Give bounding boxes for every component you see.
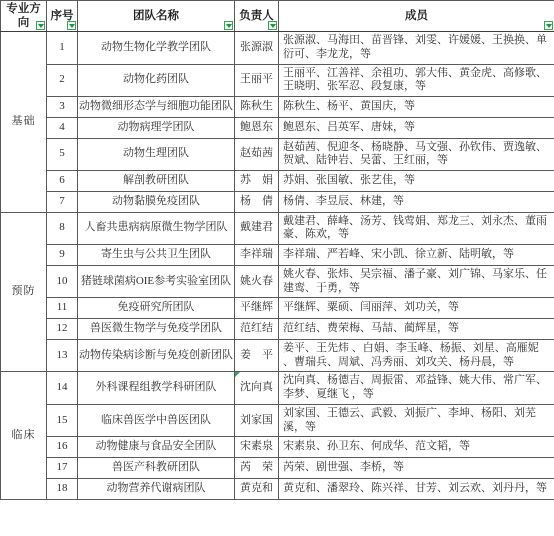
- members-cell[interactable]: 刘家国、王德云、武毅、刘振广、李坤、杨阳、刘芜溪，等: [279, 404, 554, 437]
- filter-dropdown-icon[interactable]: [224, 21, 233, 30]
- members-cell[interactable]: 陈秋生、杨平、黄国庆，等: [279, 97, 554, 118]
- header-cell-team[interactable]: 团队名称: [78, 1, 235, 32]
- row-number-cell[interactable]: 2: [47, 64, 78, 97]
- members-cell[interactable]: 张源淑、马海田、苗晋锋、刘雯、许媛媛、王换换、单衍可、李龙龙，等: [279, 32, 554, 65]
- row-number-cell[interactable]: 8: [47, 212, 78, 245]
- leader-cell[interactable]: 刘家国: [235, 404, 279, 437]
- team-name-cell[interactable]: 动物黏膜免疫团队: [78, 191, 235, 212]
- leader-cell[interactable]: 李祥瑞: [235, 245, 279, 266]
- group-cell[interactable]: 临床: [1, 372, 47, 499]
- row-number-cell[interactable]: 10: [47, 265, 78, 298]
- table-row: 16 动物健康与食品安全团队 宋素泉 宋素泉、孙卫东、何成华、范文韬，等: [1, 437, 554, 458]
- team-name-cell[interactable]: 动物病理学团队: [78, 117, 235, 138]
- filter-dropdown-icon[interactable]: [544, 21, 553, 30]
- group-cell[interactable]: 预防: [1, 212, 47, 372]
- row-number-cell[interactable]: 14: [47, 372, 78, 405]
- table-row: 5 动物生理团队 赵茹茜 赵茹茜、倪迎冬、杨晓静、马文强、孙钦伟、贾逸敏、贺斌、…: [1, 138, 554, 171]
- team-name-cell[interactable]: 猪链球菌病OIE参考实验室团队: [78, 265, 235, 298]
- row-number-cell[interactable]: 4: [47, 117, 78, 138]
- table-row: 7 动物黏膜免疫团队 杨 倩 杨倩、李昱辰、林建，等: [1, 191, 554, 212]
- table-row: 临床 14 外科课程组教学科研团队 沈向真 沈向真、杨德吉、周振雷、邓益锋、姚大…: [1, 372, 554, 405]
- members-cell[interactable]: 赵茹茜、倪迎冬、杨晓静、马文强、孙钦伟、贾逸敏、贺斌、陆钟岩、吴蕾、王红丽，等: [279, 138, 554, 171]
- teams-table-body: 基础 1 动物生物化学教学团队 张源淑 张源淑、马海田、苗晋锋、刘雯、许媛媛、王…: [1, 32, 554, 500]
- members-cell[interactable]: 姜平、王先炜 、白娟、李玉峰、杨振、刘星、高雁妮 、曹瑞兵、周斌、冯秀丽、刘攻关…: [279, 339, 554, 372]
- team-name-cell[interactable]: 外科课程组教学科研团队: [78, 372, 235, 405]
- teams-table: 专业方向 序号 团队名称 负责人 成员: [0, 0, 554, 500]
- leader-cell[interactable]: 姚火春: [235, 265, 279, 298]
- team-name-cell[interactable]: 兽医微生物学与免疫学团队: [78, 319, 235, 340]
- members-cell[interactable]: 杨倩、李昱辰、林建，等: [279, 191, 554, 212]
- spreadsheet-region: 专业方向 序号 团队名称 负责人 成员: [0, 0, 554, 500]
- team-name-cell[interactable]: 动物生物化学教学团队: [78, 32, 235, 65]
- leader-cell[interactable]: 苏 娟: [235, 171, 279, 192]
- table-row: 预防 8 人畜共患病病原微生物学团队 戴建君 戴建君、薛峰、汤芳、钱莺娟、郑龙三…: [1, 212, 554, 245]
- table-row: 9 寄生虫与公共卫生团队 李祥瑞 李祥瑞、严若峰、宋小凯、徐立新、陆明敏，等: [1, 245, 554, 266]
- cell-corner-marker-icon: [235, 372, 240, 377]
- members-cell[interactable]: 鲍恩东、吕英军、唐妹，等: [279, 117, 554, 138]
- row-number-cell[interactable]: 15: [47, 404, 78, 437]
- row-number-cell[interactable]: 18: [47, 478, 78, 499]
- table-row: 12 兽医微生物学与免疫学团队 范红结 范红结、费荣梅、马喆、蔺辉星，等: [1, 319, 554, 340]
- leader-cell[interactable]: 宋素泉: [235, 437, 279, 458]
- header-label-leader: 负责人: [239, 10, 274, 22]
- leader-cell[interactable]: 赵茹茜: [235, 138, 279, 171]
- leader-cell[interactable]: 鲍恩东: [235, 117, 279, 138]
- table-header: 专业方向 序号 团队名称 负责人 成员: [1, 1, 554, 32]
- row-number-cell[interactable]: 16: [47, 437, 78, 458]
- leader-cell[interactable]: 平继辉: [235, 298, 279, 319]
- table-row: 3 动物微细形态学与细胞功能团队 陈秋生 陈秋生、杨平、黄国庆，等: [1, 97, 554, 118]
- row-number-cell[interactable]: 9: [47, 245, 78, 266]
- table-row: 10 猪链球菌病OIE参考实验室团队 姚火春 姚火春、张炜、吴宗福、潘子豪、刘广…: [1, 265, 554, 298]
- leader-cell[interactable]: 姜 平: [235, 339, 279, 372]
- table-row: 17 兽医产科教研团队 芮 荣 芮荣、剧世强、李桥，等: [1, 458, 554, 479]
- team-name-cell[interactable]: 动物营养代谢病团队: [78, 478, 235, 499]
- header-cell-members[interactable]: 成员: [279, 1, 554, 32]
- header-label-number: 序号: [51, 10, 74, 22]
- group-cell[interactable]: 基础: [1, 32, 47, 213]
- header-cell-leader[interactable]: 负责人: [235, 1, 279, 32]
- leader-cell[interactable]: 杨 倩: [235, 191, 279, 212]
- table-row: 11 免疫研究所团队 平继辉 平继辉、粟硕、闫丽萍、刘功关，等: [1, 298, 554, 319]
- members-cell[interactable]: 平继辉、粟硕、闫丽萍、刘功关，等: [279, 298, 554, 319]
- leader-cell[interactable]: 王丽平: [235, 64, 279, 97]
- members-cell[interactable]: 苏娟、张国敏、张艺佳，等: [279, 171, 554, 192]
- row-number-cell[interactable]: 5: [47, 138, 78, 171]
- leader-cell[interactable]: 芮 荣: [235, 458, 279, 479]
- header-cell-specialty[interactable]: 专业方向: [1, 1, 47, 32]
- header-cell-number[interactable]: 序号: [47, 1, 78, 32]
- team-name-cell[interactable]: 寄生虫与公共卫生团队: [78, 245, 235, 266]
- table-row: 13 动物传染病诊断与免疫创新团队 姜 平 姜平、王先炜 、白娟、李玉峰、杨振、…: [1, 339, 554, 372]
- table-row: 6 解剖教研团队 苏 娟 苏娟、张国敏、张艺佳，等: [1, 171, 554, 192]
- row-number-cell[interactable]: 13: [47, 339, 78, 372]
- row-number-cell[interactable]: 11: [47, 298, 78, 319]
- row-number-cell[interactable]: 17: [47, 458, 78, 479]
- filter-dropdown-icon[interactable]: [268, 21, 277, 30]
- team-name-cell[interactable]: 兽医产科教研团队: [78, 458, 235, 479]
- row-number-cell[interactable]: 12: [47, 319, 78, 340]
- leader-cell[interactable]: 黄克和: [235, 478, 279, 499]
- table-row: 基础 1 动物生物化学教学团队 张源淑 张源淑、马海田、苗晋锋、刘雯、许媛媛、王…: [1, 32, 554, 65]
- team-name-cell[interactable]: 解剖教研团队: [78, 171, 235, 192]
- header-label-members: 成员: [405, 10, 428, 22]
- header-label-team: 团队名称: [133, 10, 179, 22]
- filter-dropdown-icon[interactable]: [67, 21, 76, 30]
- table-row: 4 动物病理学团队 鲍恩东 鲍恩东、吕英军、唐妹，等: [1, 117, 554, 138]
- filter-dropdown-icon[interactable]: [36, 21, 45, 30]
- members-cell[interactable]: 王丽平、江善祥、余祖功、郭大伟、黄金虎、高修歌、王晓明、张军忍、段复康，等: [279, 64, 554, 97]
- members-cell[interactable]: 姚火春、张炜、吴宗福、潘子豪、刘广锦、马家乐、任建鸾、于勇，等: [279, 265, 554, 298]
- team-name-cell[interactable]: 临床兽医学中兽医团队: [78, 404, 235, 437]
- team-name-cell[interactable]: 动物微细形态学与细胞功能团队: [78, 97, 235, 118]
- leader-cell[interactable]: 陈秋生: [235, 97, 279, 118]
- team-name-cell[interactable]: 动物传染病诊断与免疫创新团队: [78, 339, 235, 372]
- members-cell[interactable]: 芮荣、剧世强、李桥，等: [279, 458, 554, 479]
- row-number-cell[interactable]: 6: [47, 171, 78, 192]
- members-cell[interactable]: 沈向真、杨德吉、周振雷、邓益锋、姚大伟、常广军、李梦、夏继飞 ，等: [279, 372, 554, 405]
- members-cell[interactable]: 宋素泉、孙卫东、何成华、范文韬，等: [279, 437, 554, 458]
- table-row: 18 动物营养代谢病团队 黄克和 黄克和、潘翠玲、陈兴祥、甘芳、刘云欢、刘丹丹，…: [1, 478, 554, 499]
- leader-cell[interactable]: 张源淑: [235, 32, 279, 65]
- team-name-cell[interactable]: 动物化药团队: [78, 64, 235, 97]
- members-cell[interactable]: 黄克和、潘翠玲、陈兴祥、甘芳、刘云欢、刘丹丹，等: [279, 478, 554, 499]
- members-cell[interactable]: 戴建君、薛峰、汤芳、钱莺娟、郑龙三、刘永杰、董雨豪、陈欢，等: [279, 212, 554, 245]
- leader-cell[interactable]: 沈向真: [235, 372, 279, 405]
- table-row: 2 动物化药团队 王丽平 王丽平、江善祥、余祖功、郭大伟、黄金虎、高修歌、王晓明…: [1, 64, 554, 97]
- members-cell[interactable]: 范红结、费荣梅、马喆、蔺辉星，等: [279, 319, 554, 340]
- members-cell[interactable]: 李祥瑞、严若峰、宋小凯、徐立新、陆明敏，等: [279, 245, 554, 266]
- table-row: 15 临床兽医学中兽医团队 刘家国 刘家国、王德云、武毅、刘振广、李坤、杨阳、刘…: [1, 404, 554, 437]
- row-number-cell[interactable]: 7: [47, 191, 78, 212]
- header-row: 专业方向 序号 团队名称 负责人 成员: [1, 1, 554, 32]
- team-name-cell[interactable]: 动物生理团队: [78, 138, 235, 171]
- row-number-cell[interactable]: 1: [47, 32, 78, 65]
- team-name-cell[interactable]: 免疫研究所团队: [78, 298, 235, 319]
- team-name-cell[interactable]: 人畜共患病病原微生物学团队: [78, 212, 235, 245]
- leader-cell[interactable]: 范红结: [235, 319, 279, 340]
- leader-cell[interactable]: 戴建君: [235, 212, 279, 245]
- team-name-cell[interactable]: 动物健康与食品安全团队: [78, 437, 235, 458]
- row-number-cell[interactable]: 3: [47, 97, 78, 118]
